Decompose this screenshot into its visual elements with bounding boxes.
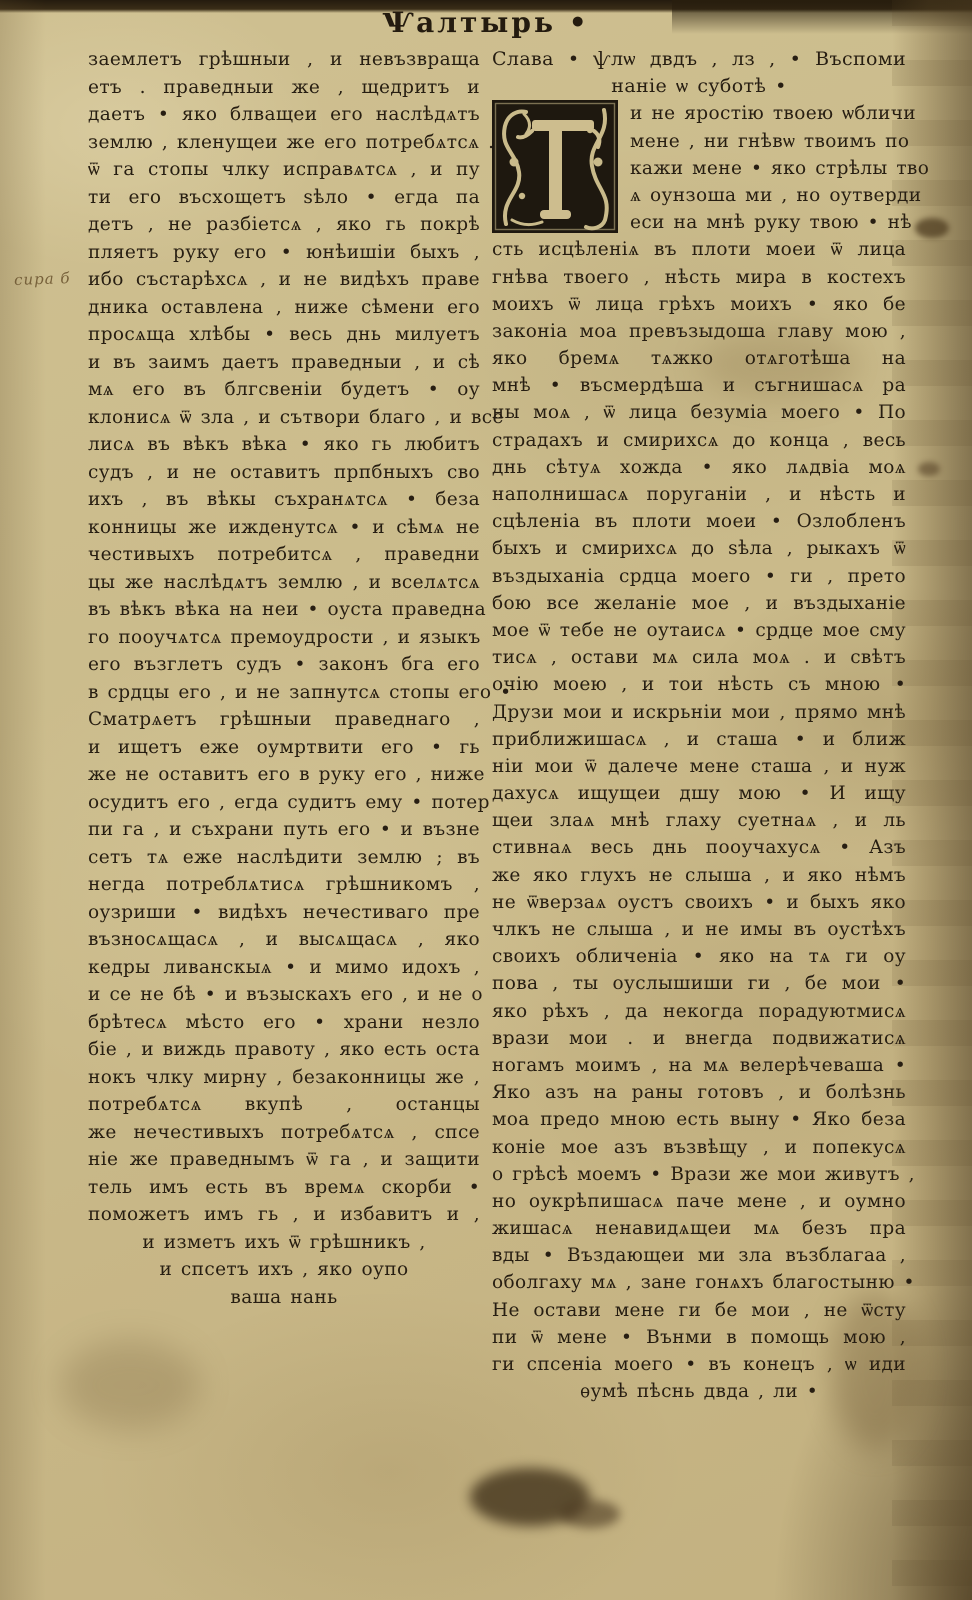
text-line: ихъ , въ вѣкы съхранѧтсѧ • беза bbox=[88, 486, 480, 514]
text-line: сть исцѣленіѧ въ плоти моеи ѿ лица bbox=[492, 236, 906, 263]
text-line: мнѣ • въсмердѣша и съгнишасѧ ра bbox=[492, 372, 906, 399]
ink-smudge bbox=[560, 1500, 620, 1528]
text-line: бою все желаніе мое , и въздыханіе bbox=[492, 590, 906, 617]
text-line: наніе ѡ суботѣ • bbox=[492, 73, 906, 100]
text-line: очію моею , и тои нѣсть съ мною • bbox=[492, 671, 906, 698]
text-line: дахусѧ ищущеи дшу мою • И ищу bbox=[492, 780, 906, 807]
text-line: нокъ члку мирну , безаконницы же , bbox=[88, 1064, 480, 1092]
text-line: землю , кленущеи же его потребѧтсѧ . bbox=[88, 129, 480, 157]
text-line: Яко азъ на раны готовъ , и болѣзнь bbox=[492, 1079, 906, 1106]
text-line: клонисѧ ѿ зла , и сътвори благо , и все bbox=[88, 404, 480, 432]
text-line: ибо състарѣхсѧ , и не видѣхъ праве bbox=[88, 266, 480, 294]
text-line: гнѣва твоего , нѣсть мира в костехъ bbox=[492, 264, 906, 291]
text-line: въ вѣкъ вѣка на неи • оуста праведна bbox=[88, 596, 480, 624]
ornate-initial-letter bbox=[492, 100, 618, 233]
text-line: Не остави мене ги бе мои , не ѿсту bbox=[492, 1297, 906, 1324]
initial-adjacent-lines: и не яростію твоею ѡбличимене , ни гнѣвѡ… bbox=[630, 100, 906, 236]
text-line: наполнишасѧ поруганіи , и нѣсть и bbox=[492, 481, 906, 508]
text-line: же не оставитъ его в руку его , ниже bbox=[88, 761, 480, 789]
text-line: конницы же ижденутсѧ • и сѣмѧ не bbox=[88, 514, 480, 542]
text-line: ти его въсхощетъ ѕѣло • егда па bbox=[88, 184, 480, 212]
text-line: кедры ливанскыѧ • и мимо идохъ , bbox=[88, 954, 480, 982]
psalm-body: сть исцѣленіѧ въ плоти моеи ѿ лицагнѣва … bbox=[492, 236, 906, 1405]
text-line: сетъ тѧ еже наслѣдити землю ; въ bbox=[88, 844, 480, 872]
text-line: и спсетъ ихъ , яко оупо bbox=[88, 1256, 480, 1284]
text-line: детъ , не разбіетсѧ , яко гь покрѣ bbox=[88, 211, 480, 239]
text-line: сцѣленіа въ плоти моеи • Озлобленъ bbox=[492, 508, 906, 535]
text-line: жишасѧ ненавидѧщеи мѧ безъ пра bbox=[492, 1215, 906, 1242]
text-line: члкъ не слыша , и не имы въ оустѣхъ bbox=[492, 916, 906, 943]
text-line: пова , ты оуслышиши ги , бе мои • bbox=[492, 970, 906, 997]
text-line: пи ѿ мене • Вънми в помощь мою , bbox=[492, 1324, 906, 1351]
text-line: мене , ни гнѣвѡ твоимъ по bbox=[630, 128, 906, 155]
text-line: его възглетъ судъ • законъ бга его bbox=[88, 651, 480, 679]
paper-stain bbox=[60, 1340, 200, 1430]
text-line: етъ . праведныи же , щедритъ и bbox=[88, 74, 480, 102]
text-line: еси на мнѣ руку твою • нѣ bbox=[630, 209, 906, 236]
text-line: ги спсеніа моего • въ конецъ , ѡ иди bbox=[492, 1351, 906, 1378]
text-line: судъ , и не оставитъ прпбныхъ сво bbox=[88, 459, 480, 487]
text-line: пляетъ руку его • юнѣишіи быхъ , bbox=[88, 239, 480, 267]
text-line: пи га , и съхрани путь его • и възне bbox=[88, 816, 480, 844]
text-line: и ищетъ еже оумртвити его • гь bbox=[88, 734, 480, 762]
text-line: своихъ обличеніа • яко на тѧ ги оу bbox=[492, 943, 906, 970]
text-line: цы же наслѣдѧтъ землю , и вселѧтсѧ bbox=[88, 569, 480, 597]
text-line: врази мои . и внегда подвижатисѧ bbox=[492, 1025, 906, 1052]
text-line: и се не бѣ • и възыскахъ его , и не о bbox=[88, 981, 480, 1009]
initial-row: и не яростію твоею ѡбличимене , ни гнѣвѡ… bbox=[492, 100, 906, 236]
text-line: дника оставлена , ниже сѣмени его bbox=[88, 294, 480, 322]
text-line: не ѿверзаѧ оустъ своихъ • и быхъ яко bbox=[492, 889, 906, 916]
text-line: приближишасѧ , и сташа • и ближ bbox=[492, 726, 906, 753]
text-line: потребѧтсѧ вкупѣ , останцы bbox=[88, 1091, 480, 1119]
text-line: честивыхъ потребитсѧ , праведни bbox=[88, 541, 480, 569]
text-line: ѳумѣ пѣснь двда , ли • bbox=[492, 1378, 906, 1405]
text-line: кажи мене • яко стрѣлы тво bbox=[630, 155, 906, 182]
text-line: даетъ • яко блващеи его наслѣдѧтъ bbox=[88, 101, 480, 129]
text-line: оболгаху мѧ , зане гонѧхъ благостыню • bbox=[492, 1269, 906, 1296]
text-line: же нечестивыхъ потребѧтсѧ , спсе bbox=[88, 1119, 480, 1147]
right-text-column: Слава • ѱлѡ двдъ , лз , • Въспоминаніе ѡ… bbox=[492, 46, 906, 1405]
text-line: ніе же праведнымъ ѿ га , и защити bbox=[88, 1146, 480, 1174]
text-line: Друзи мои и искрьніи мои , прямо мнѣ bbox=[492, 699, 906, 726]
text-line: осудитъ его , егда судитъ ему • потер bbox=[88, 789, 480, 817]
text-line: и не яростію твоею ѡбличи bbox=[630, 100, 906, 127]
text-line: коніе мое азъ възвѣщу , и попекусѧ bbox=[492, 1134, 906, 1161]
text-line: яко бремѧ тѧжко отѧготѣша на bbox=[492, 345, 906, 372]
text-line: моа предо мною есть выну • Яко беза bbox=[492, 1106, 906, 1133]
text-line: поможетъ имъ гь , и избавитъ и , bbox=[88, 1201, 480, 1229]
margin-note: сира б bbox=[14, 269, 71, 289]
text-line: и въ заимъ даетъ праведныи , и сѣ bbox=[88, 349, 480, 377]
text-line: щеи злаѧ мнѣ глаху суетнаѧ , и ль bbox=[492, 807, 906, 834]
text-line: Сматрѧетъ грѣшныи праведнаго , bbox=[88, 706, 480, 734]
text-line: ны моѧ , ѿ лица безуміа моего • По bbox=[492, 399, 906, 426]
text-line: брѣтесѧ мѣсто его • храни незло bbox=[88, 1009, 480, 1037]
text-line: біе , и виждь правоту , яко есть оста bbox=[88, 1036, 480, 1064]
psalter-page: Ѱалтырь • сира б заемлетъ грѣшныи , и не… bbox=[0, 0, 972, 1600]
text-line: ваша нань bbox=[88, 1284, 480, 1312]
text-line: въздыханіа срдца моего • ги , прето bbox=[492, 563, 906, 590]
text-line: негда потреблѧтисѧ грѣшникомъ , bbox=[88, 871, 480, 899]
text-line: вды • Въздающеи ми зла възблагаа , bbox=[492, 1242, 906, 1269]
psalm-heading: Слава • ѱлѡ двдъ , лз , • Въспоминаніе ѡ… bbox=[492, 46, 906, 100]
text-line: страдахъ и смирихсѧ до конца , весь bbox=[492, 427, 906, 454]
text-line: законіа моа превъзыдоша главу мою , bbox=[492, 318, 906, 345]
text-line: заемлетъ грѣшныи , и невъзвраща bbox=[88, 46, 480, 74]
text-line: яко рѣхъ , да некогда порадуютмисѧ bbox=[492, 998, 906, 1025]
text-line: ѿ га стопы члку исправѧтсѧ , и пу bbox=[88, 156, 480, 184]
text-line: тисѧ , остави мѧ сила моѧ . и свѣтъ bbox=[492, 644, 906, 671]
text-line: ніи мои ѿ далече мене сташа , и нуж bbox=[492, 753, 906, 780]
text-line: но оукрѣпишасѧ паче мене , и оумно bbox=[492, 1188, 906, 1215]
left-text-column: заемлетъ грѣшныи , и невъзвращаетъ . пра… bbox=[88, 46, 480, 1311]
text-line: же яко глухъ не слыша , и яко нѣмъ bbox=[492, 862, 906, 889]
text-line: просѧща хлѣбы • весь днь милуетъ bbox=[88, 321, 480, 349]
woodcut-initial-ornament bbox=[492, 100, 618, 233]
text-line: тель имъ есть въ времѧ скорби • bbox=[88, 1174, 480, 1202]
text-line: оузриши • видѣхъ нечестиваго пре bbox=[88, 899, 480, 927]
text-line: лисѧ въ вѣкъ вѣка • яко гь любитъ bbox=[88, 431, 480, 459]
page-title: Ѱалтырь • bbox=[0, 6, 972, 39]
text-line: о грѣсѣ моемъ • Врази же мои живутъ , bbox=[492, 1161, 906, 1188]
text-line: ногамъ моимъ , на мѧ велерѣчеваша • bbox=[492, 1052, 906, 1079]
text-line: ѧ оунзоша ми , но оутверди bbox=[630, 182, 906, 209]
text-line: мѧ его въ блгсвеніи будетъ • оу bbox=[88, 376, 480, 404]
text-line: быхъ и смирихсѧ до ѕѣла , рыкахъ ѿ bbox=[492, 535, 906, 562]
ink-smudge bbox=[470, 1468, 590, 1526]
text-line: го пооучѧтсѧ премоудрости , и языкъ bbox=[88, 624, 480, 652]
text-line: моихъ ѿ лица грѣхъ моихъ • яко бе bbox=[492, 291, 906, 318]
text-line: мое ѿ тебе не оутаисѧ • срдце мое сму bbox=[492, 617, 906, 644]
text-line: днь сѣтуѧ хожда • яко лѧдвіа моѧ bbox=[492, 454, 906, 481]
text-line: Слава • ѱлѡ двдъ , лз , • Въспоми bbox=[492, 46, 906, 73]
page-left-edge bbox=[0, 0, 46, 1600]
text-line: в срдцы его , и не запнутсѧ стопы его • bbox=[88, 679, 480, 707]
text-line: възносѧщасѧ , и высѧщасѧ , яко bbox=[88, 926, 480, 954]
text-line: стивнаѧ весь днь пооучахусѧ • Азъ bbox=[492, 834, 906, 861]
text-line: и изметъ ихъ ѿ грѣшникъ , bbox=[88, 1229, 480, 1257]
